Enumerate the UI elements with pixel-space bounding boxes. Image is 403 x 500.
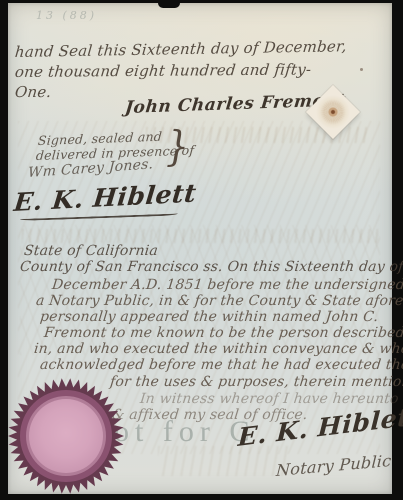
acknowledgment-line: a Notary Public, in & for the County & S… xyxy=(35,293,403,309)
bleed-through-texture xyxy=(22,229,378,243)
acknowledgment-line: In witness whereof I have hereunto set m… xyxy=(139,391,403,407)
acknowledgment-line: acknowledged before me that he had execu… xyxy=(39,357,403,373)
acknowledgment-line: December A.D. 1851 before me the undersi… xyxy=(51,277,403,293)
notary-seal-icon xyxy=(8,378,124,494)
acknowledgment-line: County of San Francisco ss. On this Sixt… xyxy=(19,259,403,275)
top-edge-notch xyxy=(158,3,180,8)
notary-signature-upper: E. K. Hiblett xyxy=(12,179,198,217)
acknowledgment-line: State of California xyxy=(23,243,159,259)
ink-speck xyxy=(360,68,363,71)
acknowledgment-line: for the uses & purposes, therein mention… xyxy=(109,374,403,390)
attestation-brace: } xyxy=(166,124,189,171)
acknowledgment-line: in, and who executed the within conveyan… xyxy=(33,341,403,357)
pencil-annotation: 13 (88) xyxy=(36,9,97,22)
bleed-through-texture xyxy=(158,446,288,476)
document-paper: 13 (88) hand Seal this Sixteenth day of … xyxy=(8,3,392,494)
notary-title: Notary Public xyxy=(275,451,391,480)
watermark-text: ot for C xyxy=(114,415,255,449)
acknowledgment-line: personally appeared the within named Joh… xyxy=(39,309,379,325)
notary-seal-svg xyxy=(8,378,124,494)
execution-clause-line: hand Seal this Sixteenth day of December… xyxy=(14,37,347,61)
execution-clause-line: one thousand eight hundred and fifty- xyxy=(14,60,312,81)
execution-clause-line: One. xyxy=(14,83,52,101)
acknowledgment-line: Fremont to me known to be the person des… xyxy=(43,325,403,341)
notary-seal-center xyxy=(29,399,103,473)
photo-frame: { "colors": { "backdrop": "#0d0d0c", "pa… xyxy=(0,0,403,500)
